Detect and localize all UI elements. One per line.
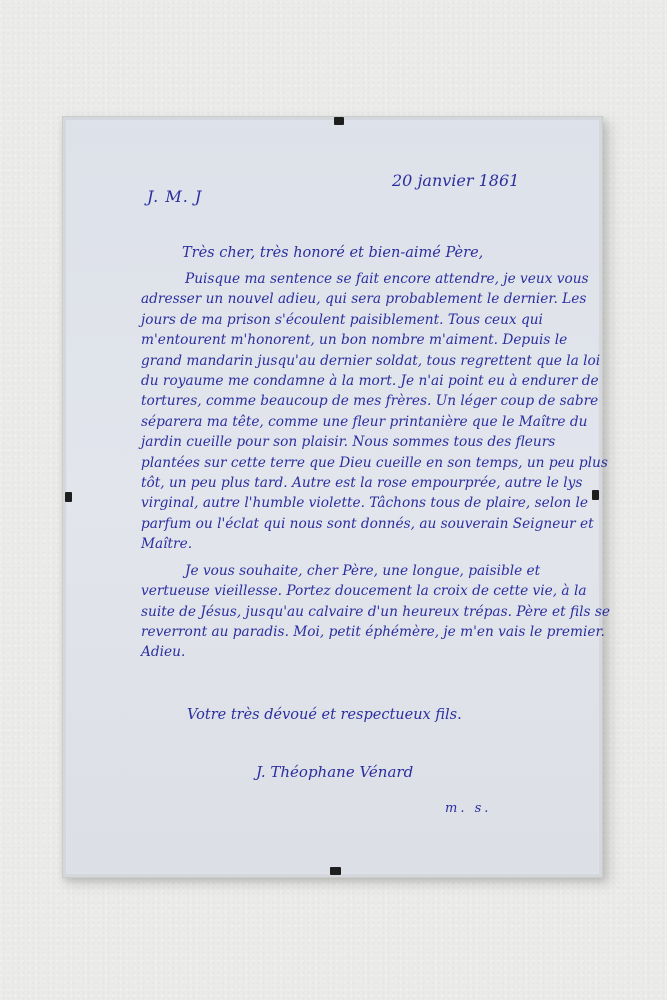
frame-clip-right <box>592 490 599 500</box>
frame-clip-top <box>334 117 344 125</box>
letter-salutation: Très cher, très honoré et bien-aimé Père… <box>182 245 483 261</box>
letter-date: 20 janvier 1861 <box>392 171 519 190</box>
frame-clip-left <box>65 492 72 502</box>
clip-frame: J. M. J 20 janvier 1861 Très cher, très … <box>62 116 603 878</box>
letter-paragraph: Je vous souhaite, cher Père, une longue,… <box>141 561 611 663</box>
letter-postscript: m. s. <box>445 801 491 816</box>
frame-clip-bottom <box>330 867 341 875</box>
letter-paper: J. M. J 20 janvier 1861 Très cher, très … <box>67 121 598 873</box>
letter-signature: J. Théophane Vénard <box>256 763 413 781</box>
letter-closing: Votre très dévoué et respectueux fils. <box>187 707 462 723</box>
letter-initials: J. M. J <box>147 187 202 206</box>
letter-body: Puisque ma sentence se fait encore atten… <box>141 269 611 669</box>
letter-paragraph: Puisque ma sentence se fait encore atten… <box>141 269 611 555</box>
